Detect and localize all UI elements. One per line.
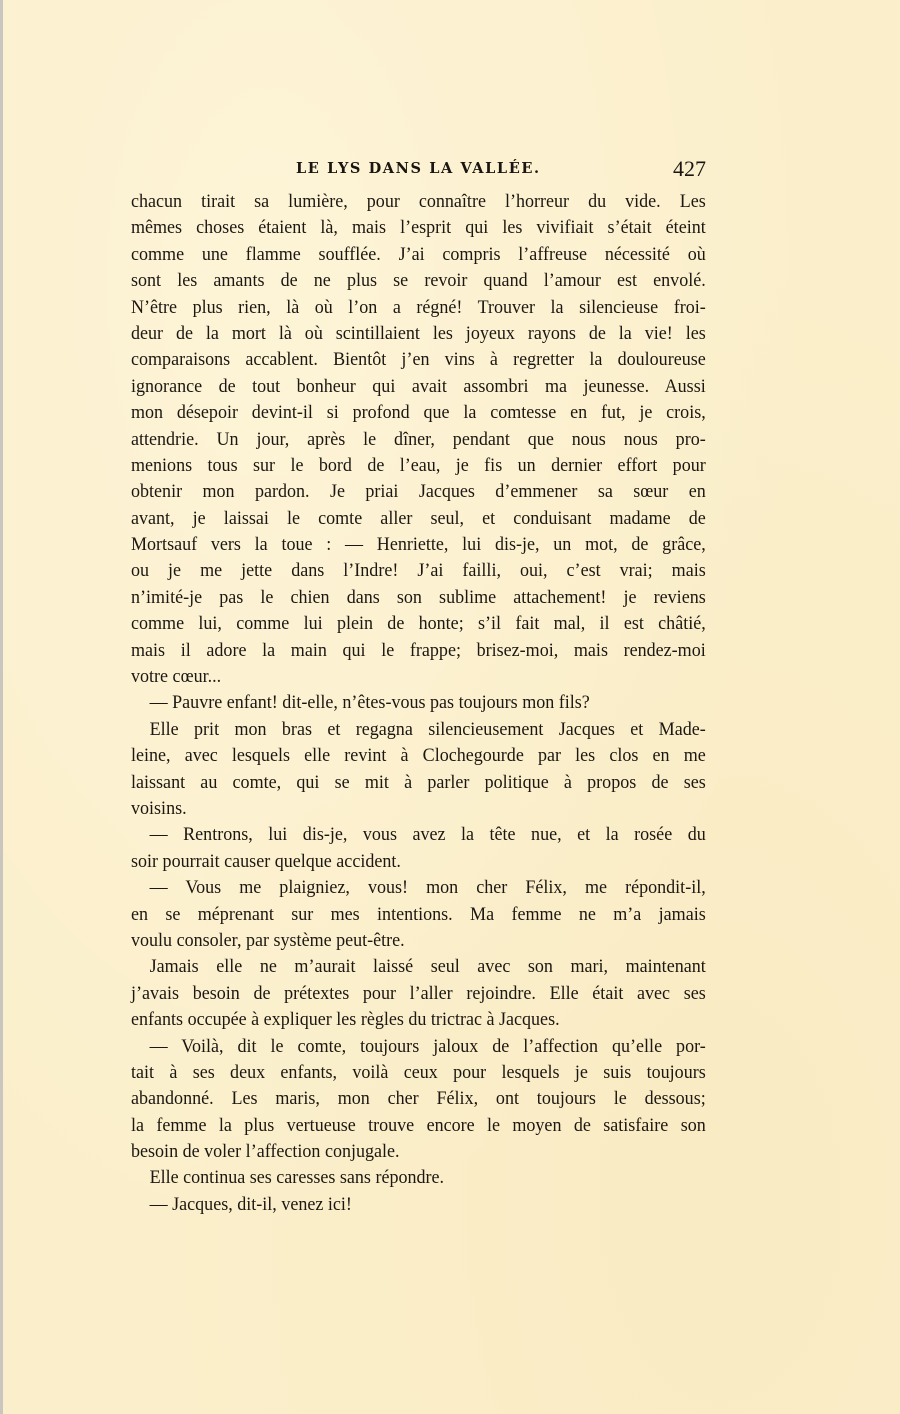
running-title: LE LYS DANS LA VALLÉE. <box>296 160 541 177</box>
running-head: LE LYS DANS LA VALLÉE. 427 <box>131 160 706 184</box>
text-line: soir pourrait causer quelque accident. <box>131 849 706 875</box>
text-line: abandonné. Les maris, mon cher Félix, on… <box>131 1086 706 1112</box>
text-line: voisins. <box>131 796 706 822</box>
body-text: chacun tirait sa lumière, pour connaître… <box>131 189 706 1218</box>
text-line: enfants occupée à expliquer les règles d… <box>131 1007 706 1033</box>
text-line: attendrie. Un jour, après le dîner, pend… <box>131 427 706 453</box>
text-line: sont les amants de ne plus se revoir qua… <box>131 268 706 294</box>
text-line: chacun tirait sa lumière, pour connaître… <box>131 189 706 215</box>
text-line: N’être plus rien, là où l’on a régné! Tr… <box>131 295 706 321</box>
text-line: — Rentrons, lui dis-je, vous avez la têt… <box>131 822 706 848</box>
text-line: comme une flamme soufflée. J’ai compris … <box>131 242 706 268</box>
text-line: ignorance de tout bonheur qui avait asso… <box>131 374 706 400</box>
text-line: deur de la mort là où scintillaient les … <box>131 321 706 347</box>
text-line: ou je me jette dans l’Indre! J’ai failli… <box>131 558 706 584</box>
text-line: mon désepoir devint-il si profond que la… <box>131 400 706 426</box>
text-line: Mortsauf vers la toue : — Henriette, lui… <box>131 532 706 558</box>
text-line: — Jacques, dit-il, venez ici! <box>131 1192 706 1218</box>
text-line: mêmes choses étaient là, mais l’esprit q… <box>131 215 706 241</box>
text-line: n’imité-je pas le chien dans son sublime… <box>131 585 706 611</box>
text-line: comme lui, comme lui plein de honte; s’i… <box>131 611 706 637</box>
text-line: besoin de voler l’affection conjugale. <box>131 1139 706 1165</box>
text-line: mais il adore la main qui le frappe; bri… <box>131 638 706 664</box>
text-line: menions tous sur le bord de l’eau, je fi… <box>131 453 706 479</box>
text-line: avant, je laissai le comte aller seul, e… <box>131 506 706 532</box>
text-line: obtenir mon pardon. Je priai Jacques d’e… <box>131 479 706 505</box>
text-line: — Pauvre enfant! dit-elle, n’êtes-vous p… <box>131 690 706 716</box>
text-line: laissant au comte, qui se mit à parler p… <box>131 770 706 796</box>
text-line: en se méprenant sur mes intentions. Ma f… <box>131 902 706 928</box>
text-line: — Voilà, dit le comte, toujours jaloux d… <box>131 1034 706 1060</box>
text-line: leine, avec lesquels elle revint à Cloch… <box>131 743 706 769</box>
text-line: votre cœur... <box>131 664 706 690</box>
text-line: Elle prit mon bras et regagna silencieus… <box>131 717 706 743</box>
text-line: — Vous me plaigniez, vous! mon cher Féli… <box>131 875 706 901</box>
text-line: comparaisons accablent. Bientôt j’en vin… <box>131 347 706 373</box>
page-number: 427 <box>673 156 706 182</box>
text-line: voulu consoler, par système peut-être. <box>131 928 706 954</box>
text-line: tait à ses deux enfants, voilà ceux pour… <box>131 1060 706 1086</box>
text-line: Jamais elle ne m’aurait laissé seul avec… <box>131 954 706 980</box>
text-line: Elle continua ses caresses sans répondre… <box>131 1165 706 1191</box>
text-line: la femme la plus vertueuse trouve encore… <box>131 1113 706 1139</box>
page-left-edge <box>0 0 3 1414</box>
book-page: LE LYS DANS LA VALLÉE. 427 chacun tirait… <box>0 0 900 1414</box>
text-line: j’avais besoin de prétextes pour l’aller… <box>131 981 706 1007</box>
